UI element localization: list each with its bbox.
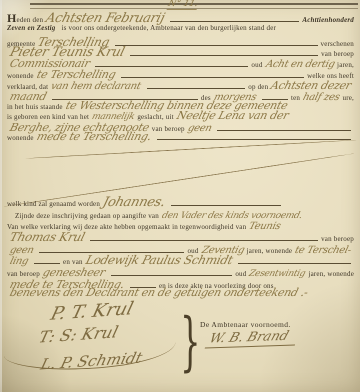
line-child-name: welk kind zal genaamd worden Johannes. (7, 196, 354, 208)
label-aangifte: Zijnde deze inschrijving gedaan op aangi… (15, 213, 159, 221)
line-year-intro: Zeven en Zestig is voor ons ondergeteeke… (7, 25, 354, 33)
hand-mother-residence: mede te Terschelling. (35, 132, 152, 142)
fill-line (95, 57, 248, 67)
hand-witness2-name: Lodewijk Paulus Schmidt (84, 255, 233, 266)
hand-closing: benevens den Declarant en de getuigen on… (9, 288, 309, 298)
label-child-name: welk kind zal genaamd worden (7, 201, 100, 209)
official-title: De Ambtenaar voornoemd. (200, 320, 291, 329)
fill-line (111, 266, 233, 276)
fill-line (130, 46, 318, 56)
signature-official: W. B. Brand (205, 328, 301, 348)
fill-line (157, 130, 351, 140)
fill-line (147, 79, 246, 89)
line-witness2-name: ling en van Lodewijk Paulus Schmidt (7, 254, 354, 266)
fill-line (238, 254, 351, 264)
hand-aangifte: den Vader des kinds voornoemd. (161, 212, 303, 220)
label-achttienhonderd: Achttienhonderd (302, 17, 354, 25)
signature-declarant: P. T. Krul (49, 298, 136, 325)
fill-line (34, 254, 60, 264)
fill-line (90, 231, 318, 241)
fill-line (171, 196, 281, 206)
document-number: N° 11. (167, 0, 200, 10)
label-intro: is voor ons ondergeteekende, Ambtenaar v… (62, 25, 277, 33)
line-aangifte: Zijnde deze inschrijving gedaan op aangi… (7, 212, 354, 221)
fill-line (121, 68, 304, 78)
hand-witness1-name: Thomas Krul (9, 232, 86, 243)
signature-flourish (4, 339, 177, 372)
line-closing-hand: benevens den Declarant en de getuigen on… (7, 288, 354, 296)
line-witness2-details: van beroep geneesheer oud Zesentwintig j… (7, 266, 354, 278)
brace-glyph: } (180, 310, 200, 374)
hand-witness2-age: Zesentwintig (248, 270, 306, 278)
hand-geslacht: mannelijk (91, 113, 135, 121)
fill-line (115, 36, 317, 46)
hand-mother-name-1: Neeltje Lena van der (175, 111, 289, 121)
fill-line (39, 243, 184, 253)
hand-witness1-residence-b: ling (9, 257, 29, 266)
hand-child-name: Johannes. (102, 197, 167, 209)
hand-witness1-first: Teunis (248, 222, 282, 231)
label-year: Zeven en Zestig (7, 25, 56, 33)
label-wonende: wonende (7, 135, 34, 143)
birth-certificate-document: N° 11. Heden den Achtsten Februarij Acht… (0, 0, 360, 392)
hand-witness2-beroep: geneesheer (42, 268, 106, 278)
fill-line (170, 12, 299, 22)
line-witness1-name: Thomas Krul van beroep (7, 231, 354, 243)
hand-date: Achtsten Februarij (45, 13, 166, 25)
line-mother-residence: wonende mede te Terschelling. (7, 130, 354, 142)
